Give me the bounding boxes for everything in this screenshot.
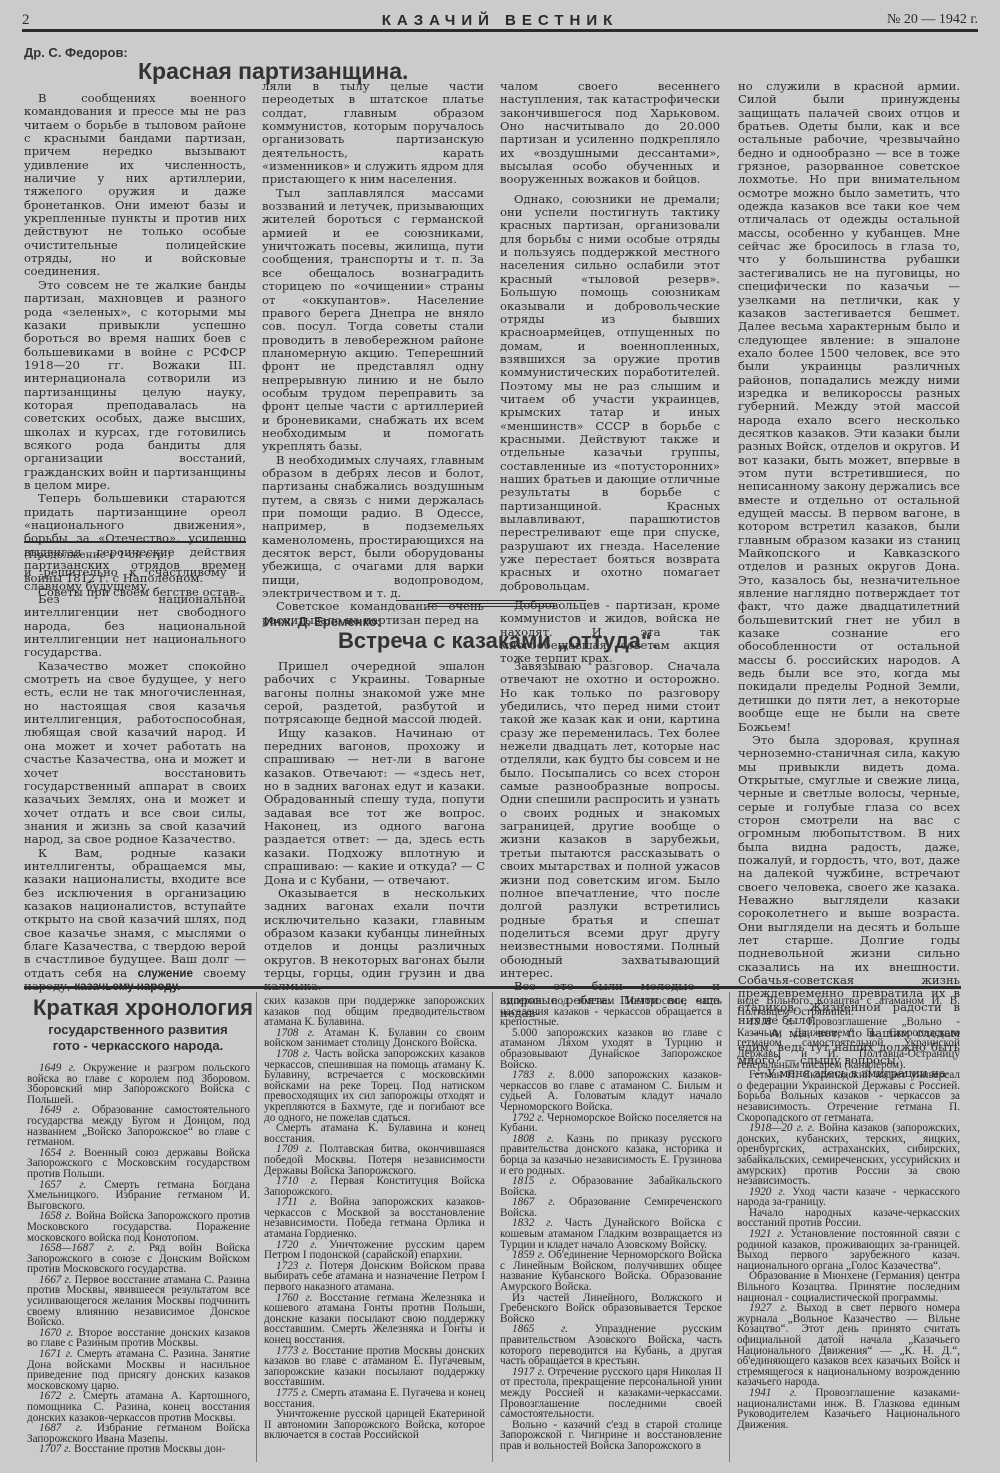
chronology-column-1: 1649 г. Окружение и разгром польского во… (27, 1063, 250, 1455)
chronology-column-2: ских казаков при поддержке запорожских к… (264, 996, 485, 1441)
chronology-text: Часть войска запорожских казаков черкасс… (264, 1048, 485, 1124)
chronology-entry: империи под именем Малороссии, часть нас… (500, 996, 722, 1028)
chronology-entry: 1649 г. Окружение и разгром польского во… (27, 1063, 250, 1105)
chronology-entry: 1654 г. Военный союз державы Войска Запо… (27, 1148, 250, 1180)
article-divider (396, 600, 586, 601)
newspaper-page: 2 КАЗАЧИЙ ВЕСТНИК № 20 — 1942 г. Др. С. … (0, 0, 1000, 1473)
chronology-col-divider (729, 992, 730, 1462)
chronology-entry: 1710 г. Первая Конституция Войска Запоро… (264, 1176, 485, 1197)
paragraph: К Вам, родные казаки интеллигенты, обращ… (24, 847, 246, 994)
chronology-entry: ских казаков при поддержке запорожских к… (264, 996, 485, 1028)
continuation-column: (Продолжение с 1-ой стр.) и решительно к… (24, 549, 246, 993)
chronology-year: 1707 г. (39, 1443, 74, 1455)
article1-col1: В сообщениях военного командования и пре… (24, 92, 246, 599)
chronology-entry: Образование в Мюнхене (Германия) центра … (737, 1271, 960, 1303)
chronology-entry: 1658—1687 г. г. Ряд войн Войска Запорожс… (27, 1243, 250, 1275)
article-divider (428, 606, 555, 607)
chronology-text: виде Вільного Козацтва с атаманом И. В. … (737, 995, 960, 1018)
chronology-text: империи под именем Малороссии, часть нас… (500, 995, 722, 1028)
paragraph: Это была здоровая, крупная черноземно-ст… (738, 734, 960, 1028)
paragraph: чалом своего весеннего наступления, так … (500, 80, 720, 187)
chronology-text: Война казаков (запорожских, донских, куб… (737, 1122, 960, 1187)
chronology-entry: 1711 г. Война запорожских казаков-черкас… (264, 1197, 485, 1239)
chronology-entry: 1709 г. Полтавская битва, окончившаяся п… (264, 1144, 485, 1176)
issue-number: № 20 — 1942 г. (887, 12, 978, 28)
paragraph: Тыл заплавлялся массами воззваний и лету… (262, 187, 484, 454)
chronology-text: Уничтожение русской царицей Екатериной I… (264, 1408, 485, 1441)
chronology-entry: 1917 г. Отречение русского царя Николая … (500, 1367, 722, 1420)
chronology-text: 5.000 запорожских казаков во главе с ата… (500, 1027, 722, 1071)
paragraph: Пришел очередной эшалон рабочих с Украин… (264, 660, 485, 727)
chronology-entry: 1773 г. Восстание против Москвы донских … (264, 1346, 485, 1388)
chronology-entry: 1671 г. Смерть атамана С. Разина. Заняти… (27, 1349, 250, 1391)
chronology-text: Гетман П. Скоропадский издает универсал … (737, 1069, 960, 1123)
section-rule (24, 986, 961, 989)
chronology-entry: 1707 г. Восстание против Москвы дон- (27, 1444, 250, 1455)
chronology-entry: Смерть атамана К. Булавина и конец восст… (264, 1123, 485, 1144)
newspaper-title: КАЗАЧИЙ ВЕСТНИК (22, 12, 978, 29)
article-divider (428, 603, 555, 604)
chronology-title: Краткая хронология (33, 995, 253, 1021)
article2-byline: Инж. Д. Еременко: (264, 614, 381, 629)
article2-col-a: Пришел очередной эшалон рабочих с Украин… (264, 660, 485, 994)
paragraph: Завязываю разговор. Сначала отвечают не … (500, 660, 720, 980)
chronology-entry: 1775 г. Смерть атамана Е. Пугачева и кон… (264, 1388, 485, 1409)
chronology-text: Образование в Мюнхене (Германия) центра … (737, 1270, 960, 1303)
chronology-entry: 1657 г. Смерть гетмана Богдана Хмельницк… (27, 1180, 250, 1212)
paragraph: Оказывается в нескольких задних вагонах … (264, 887, 485, 994)
chronology-entry: 1687 г. Избрание гетманом Войска Запорож… (27, 1423, 250, 1444)
chronology-entry: 1708 г. Часть войска запорожских казаков… (264, 1049, 485, 1123)
chronology-entry: 1667 г. Первое восстание атамана С. Рази… (27, 1275, 250, 1328)
chronology-entry: 1670 г. Второе восстание донских казаков… (27, 1328, 250, 1349)
chronology-text: Вольно - казачий с'езд в старой столице … (500, 1419, 722, 1452)
paragraph: В необходимых случаях, главным образом в… (262, 454, 484, 601)
chronology-text: Восстание против Москвы дон- (74, 1443, 226, 1455)
chronology-text: Из частей Линейного, Волжского и Гребенс… (500, 1292, 722, 1325)
article2-col-c: но служили в красной армии. Силой были п… (738, 80, 960, 1081)
chronology-col-divider (492, 992, 493, 1462)
chronology-entry: 1867 г. Образование Семиреченского Войск… (500, 1197, 722, 1218)
chronology-entry: 1720 г. Уничтожение русским царем Петром… (264, 1240, 485, 1261)
chronology-entry: 1723 г. Потеря Донским Войском права выб… (264, 1261, 485, 1293)
chronology-entry: 1792 г. Черноморское Войско поселяется н… (500, 1113, 722, 1134)
emphasis-service: служение (138, 967, 193, 980)
chronology-entry: 1918—20 г. г. Война казаков (запорожских… (737, 1123, 960, 1187)
article1-end-rule (24, 541, 246, 543)
chronology-entry: 1649 г. Образование самостоятельного гос… (27, 1105, 250, 1147)
chronology-entry: виде Вільного Козацтва с атаманом И. В. … (737, 996, 960, 1017)
chronology-entry: 1865 г. Упразднение русским правительств… (500, 1324, 722, 1366)
paragraph: Без национальной интеллигенции нет свобо… (24, 593, 246, 660)
chronology-subtitle: государственного развития гото - черкасс… (28, 1022, 248, 1054)
chronology-entry: 1783 г. 8.000 запорожских казаков-черкас… (500, 1070, 722, 1112)
article1-col2: ляли в тылу целые части переодетых в шта… (262, 80, 484, 627)
chronology-entry: Начало народных казаче-черкасских восста… (737, 1208, 960, 1229)
chronology-entry: 1859 г. Об'единение Черноморского Войска… (500, 1250, 722, 1292)
masthead-rule (22, 29, 978, 32)
chronology-entry: 1921 г. Установление постоянной связи с … (737, 1229, 960, 1271)
paragraph: но служили в красной армии. Силой были п… (738, 80, 960, 734)
chronology-entry: 1941 г. Провозглашение казаками-национал… (737, 1388, 960, 1430)
chronology-entry: 1927 г. Выход в свет первого номера журн… (737, 1303, 960, 1388)
chronology-entry: 1815 г. Образование Забайкальского Войск… (500, 1176, 722, 1197)
chronology-col-divider (256, 992, 257, 1462)
article1-col3: чалом своего весеннего наступления, так … (500, 80, 720, 666)
chronology-column-4: виде Вільного Козацтва с атаманом И. В. … (737, 996, 960, 1430)
chronology-entry: 1920 г. Уход части казаче - черкасского … (737, 1187, 960, 1208)
chronology-entry: 5.000 запорожских казаков во главе с ата… (500, 1028, 722, 1070)
article1-byline: Др. С. Федоров: (24, 45, 128, 60)
chronology-text: Выход в свет первого номера журнала „Вол… (737, 1302, 960, 1388)
chronology-entry: Из частей Линейного, Волжского и Гребенс… (500, 1293, 722, 1325)
chronology-entry: Гетман П. Скоропадский издает универсал … (737, 1070, 960, 1123)
chronology-entry: 1708 г. Атаман К. Булавин со своим войск… (264, 1028, 485, 1049)
chronology-entry: 1672 г. Смерть атамана А. Картошного, по… (27, 1391, 250, 1423)
paragraph: Ищу казаков. Начинаю от передних вагонов… (264, 727, 485, 887)
chronology-entry: Вольно - казачий с'езд в старой столице … (500, 1420, 722, 1452)
chronology-text: Начало народных казаче-черкасских восста… (737, 1207, 960, 1230)
paragraph: Казачество может спокойно смотреть на св… (24, 660, 246, 847)
chronology-text: ских казаков при поддержке запорожских к… (264, 995, 485, 1028)
chronology-entry: 1760 г. Восстание гетмана Железняка и ко… (264, 1293, 485, 1346)
continuation-note: (Продолжение с 1-ой стр.) (24, 549, 246, 562)
paragraph: и решительно к счастливому и славному бу… (24, 566, 246, 593)
chronology-entry: 1658 г. Война Войска Запорожского против… (27, 1211, 250, 1243)
chronology-entry: 1832 г. Часть Дунайского Войска с кошевы… (500, 1218, 722, 1250)
chronology-entry: 1808 г. Казнь по приказу русского правит… (500, 1134, 722, 1176)
paragraph: В сообщениях военного командования и пре… (24, 92, 246, 279)
paragraph: ляли в тылу целые части переодетых в шта… (262, 80, 484, 187)
chronology-column-3: империи под именем Малороссии, часть нас… (500, 996, 722, 1452)
chronology-entry: 1918 г. Провозглашение „Вольно - Казачьи… (737, 1017, 960, 1070)
chronology-text: Смерть атамана К. Булавина и конец восст… (264, 1122, 485, 1145)
chronology-entry: Уничтожение русской царицей Екатериной I… (264, 1409, 485, 1441)
paragraph: Однако, союзники не дремали; они успели … (500, 193, 720, 593)
article2-headline: Встреча с казаками „оттуда“. (338, 628, 658, 654)
paragraph: Это совсем не те жалкие банды партизан, … (24, 279, 246, 493)
article2-col-b: Завязываю разговор. Сначала отвечают не … (500, 660, 720, 1020)
